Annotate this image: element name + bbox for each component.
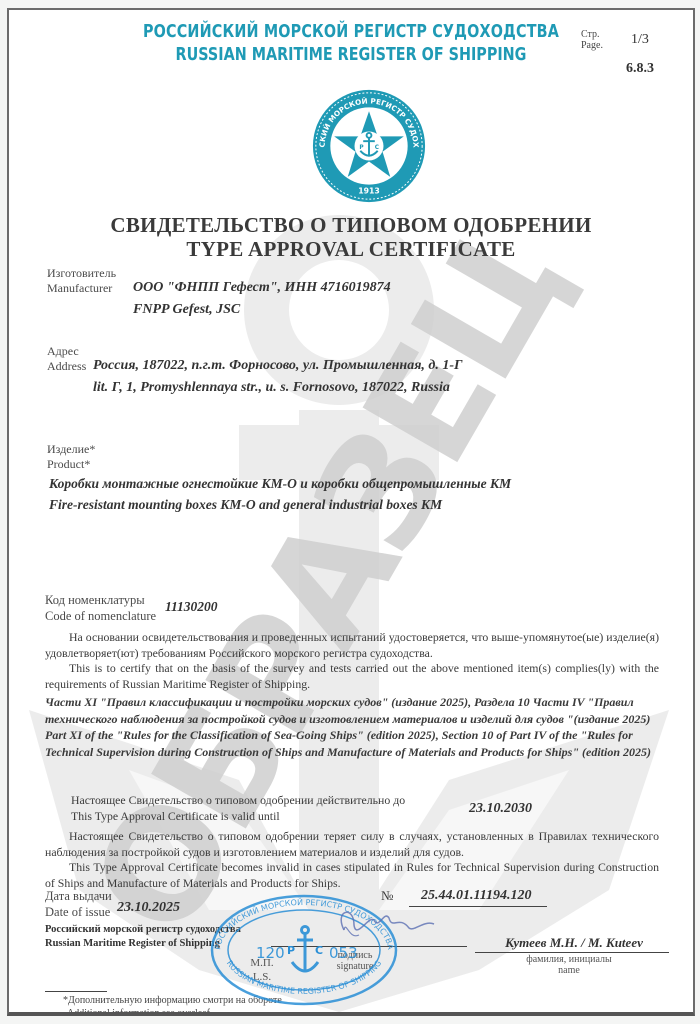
org-name-en: RUSSIAN MARITIME REGISTER OF SHIPPING — [71, 45, 632, 65]
page-label-en: Page. — [581, 40, 603, 51]
manufacturer-label-ru: Изготовитель — [47, 266, 116, 281]
certify-text-ru: На основании освидетельствования и прове… — [45, 630, 659, 661]
validity-label: Настоящее Свидетельство о типовом одобре… — [71, 793, 405, 824]
nomenclature-label-en: Code of nomenclature — [45, 608, 156, 624]
rules-text-en: Part XI of the "Rules for the Classifica… — [45, 727, 665, 760]
name-caption-ru: фамилия, инициалы — [509, 954, 629, 965]
address-value-en: lit. Г, 1, Promyshlennaya str., u. s. Fo… — [93, 380, 450, 396]
svg-text:053: 053 — [329, 944, 358, 962]
nomenclature-label-ru: Код номенклатуры — [45, 592, 156, 608]
svg-text:Р: Р — [359, 145, 364, 151]
name-caption-en: name — [509, 965, 629, 976]
address-label-en: Address — [47, 359, 86, 374]
svg-text:Р: Р — [287, 944, 295, 957]
valid-until-date: 23.10.2030 — [469, 801, 532, 817]
official-stamp-icon: РОССИЙСКИЙ МОРСКОЙ РЕГИСТР СУДОХОДСТВА R… — [194, 890, 439, 1015]
page-label-ru: Стр. — [581, 29, 603, 40]
nomenclature-label: Код номенклатуры Code of nomenclature — [45, 592, 156, 624]
certificate-page: ОБРАЗЕЦ РОССИЙСКИЙ МОРСКОЙ РЕГИСТР СУДОХ… — [7, 8, 695, 1016]
page-number: 1/3 — [631, 32, 649, 48]
nomenclature-code: 11130200 — [165, 599, 218, 615]
signatory-name: Кутеев М.Н. / M. Kuteev — [479, 935, 669, 951]
certificate-title-en: TYPE APPROVAL CERTIFICATE — [9, 237, 693, 262]
name-caption: фамилия, инициалы name — [509, 954, 629, 976]
product-label: Изделие* Product* — [47, 442, 95, 472]
manufacturer-label: Изготовитель Manufacturer — [47, 266, 116, 296]
form-code: 6.8.3 — [626, 61, 654, 77]
validity-label-ru: Настоящее Свидетельство о типовом одобре… — [71, 793, 405, 809]
validity-label-en: This Type Approval Certificate is valid … — [71, 809, 405, 825]
certificate-title-ru: СВИДЕТЕЛЬСТВО О ТИПОВОМ ОДОБРЕНИИ — [9, 213, 693, 238]
product-value-ru: Коробки монтажные огнестойкие КМ-О и кор… — [49, 476, 511, 492]
svg-text:1913: 1913 — [358, 186, 379, 195]
manufacturer-label-en: Manufacturer — [47, 281, 116, 296]
issue-date: 23.10.2025 — [117, 900, 180, 916]
org-name-ru: РОССИЙСКИЙ МОРСКОЙ РЕГИСТР СУДОХОДСТВА — [71, 22, 632, 42]
manufacturer-value-ru: ООО "ФНПП Гефест", ИНН 4716019874 — [133, 280, 391, 296]
invalid-text-ru: Настоящее Свидетельство о типовом одобре… — [45, 829, 659, 860]
address-value-ru: Россия, 187022, п.г.т. Форносово, ул. Пр… — [93, 358, 462, 374]
address-label: Адрес Address — [47, 344, 86, 374]
footnote-separator — [45, 991, 107, 992]
product-label-en: Product* — [47, 457, 95, 472]
issue-date-label-ru: Дата выдачи — [45, 888, 112, 904]
page-label: Стр. Page. — [581, 29, 603, 51]
product-label-ru: Изделие* — [47, 442, 95, 457]
svg-text:120: 120 — [256, 944, 285, 962]
product-value-en: Fire-resistant mounting boxes KM-O and g… — [49, 497, 442, 513]
name-underline — [475, 952, 669, 953]
svg-text:С: С — [315, 944, 323, 957]
address-label-ru: Адрес — [47, 344, 86, 359]
certify-text-en: This is to certify that on the basis of … — [45, 661, 659, 692]
issue-date-label-en: Date of issue — [45, 904, 112, 920]
invalid-text-en: This Type Approval Certificate becomes i… — [45, 860, 659, 891]
rs-star-anchor-emblem-icon: РОССИЙСКИЙ МОРСКОЙ РЕГИСТР СУДОХОДСТВА 1… — [311, 88, 427, 204]
rules-text-ru: Части XI "Правил классификации и построй… — [45, 694, 665, 727]
manufacturer-value-en: FNPP Gefest, JSC — [133, 302, 240, 318]
issue-date-label: Дата выдачи Date of issue — [45, 888, 112, 920]
svg-text:С: С — [375, 145, 379, 151]
